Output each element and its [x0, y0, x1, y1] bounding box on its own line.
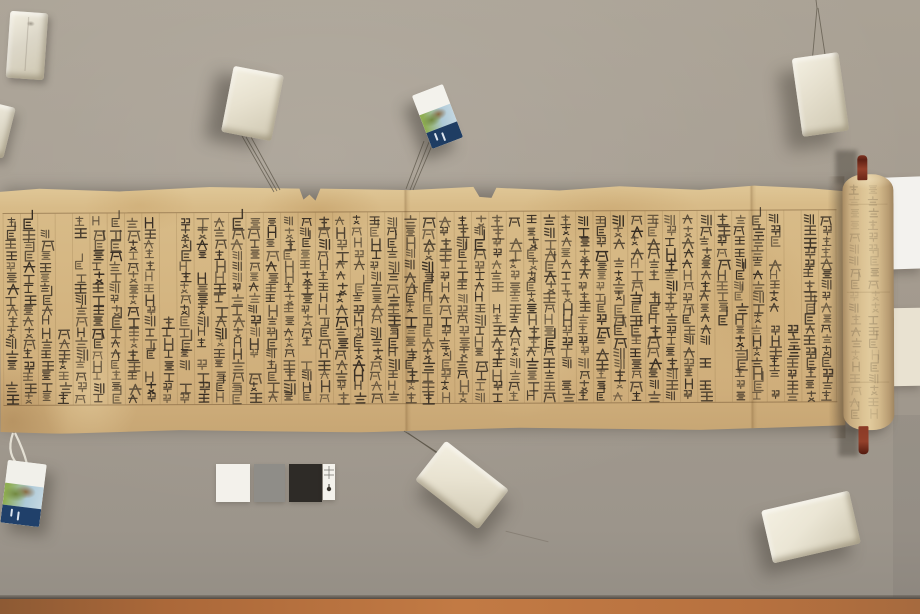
wooden-table-edge	[0, 599, 920, 614]
roller-rod-bottom	[858, 426, 868, 454]
card-band-text-mark	[441, 132, 446, 141]
manuscript-scroll	[0, 182, 901, 462]
roll-faint-text	[842, 174, 894, 430]
grayscale-patch-1	[254, 464, 285, 502]
roller-rod-top	[857, 155, 867, 180]
scroll-paper	[0, 182, 845, 436]
pencil-marks	[14, 17, 40, 72]
card-band-text-mark	[10, 509, 13, 517]
rod-shadow-bottom	[838, 426, 858, 456]
grayscale-patch-2	[289, 464, 322, 502]
scroll-text-columns	[3, 206, 842, 410]
grayscale-registration-strip	[323, 464, 335, 500]
card-band-text-mark	[17, 511, 20, 520]
weight-top-left	[6, 11, 49, 80]
digitization-photo	[0, 0, 920, 614]
rolled-scroll-end	[842, 174, 894, 430]
picture-card-bottom-left	[0, 460, 46, 527]
registration-marks	[323, 464, 335, 500]
card-band-text-mark	[434, 133, 439, 141]
grayscale-patch-0	[216, 464, 250, 502]
